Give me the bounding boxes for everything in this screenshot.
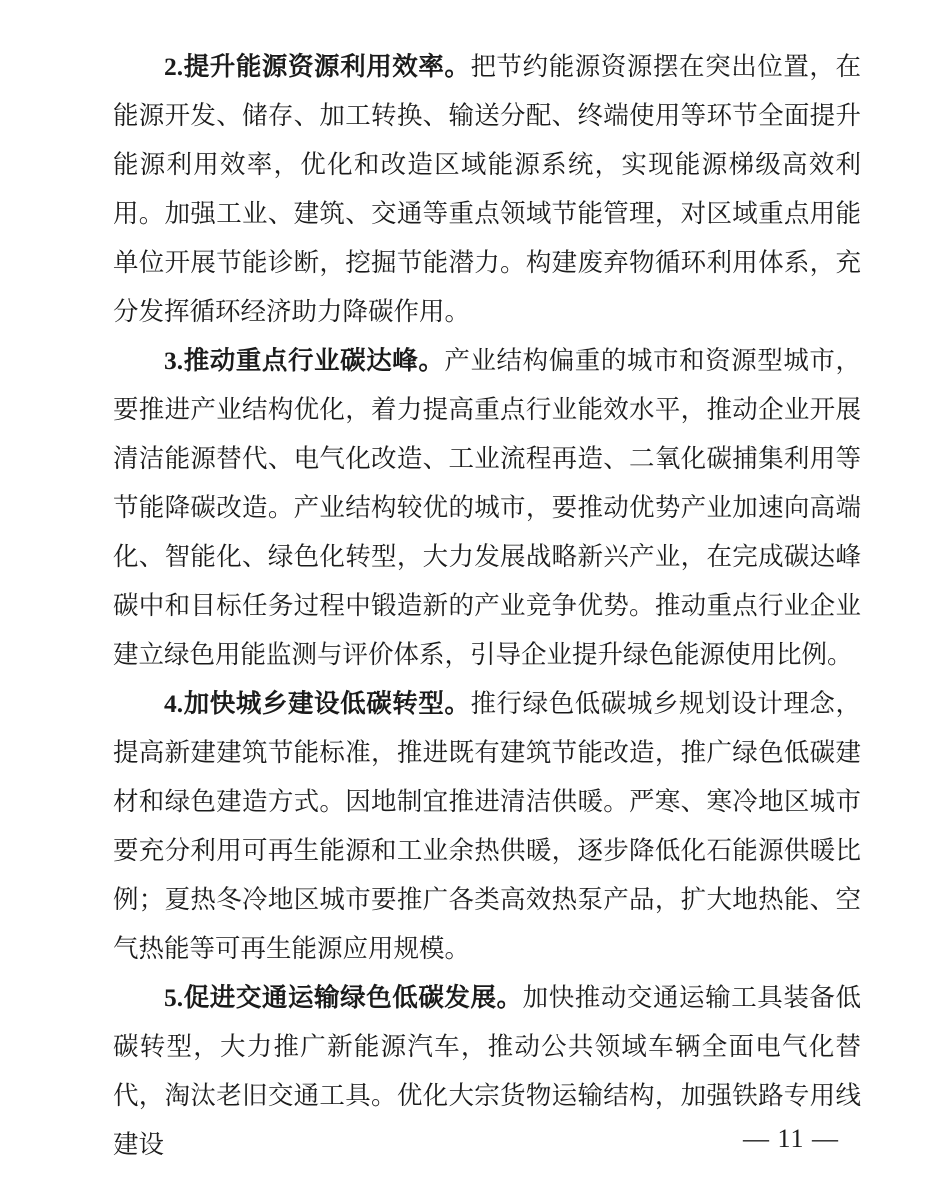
page-footer: — 11 — bbox=[113, 1122, 861, 1156]
paragraph-heading: 3.推动重点行业碳达峰。 bbox=[164, 346, 444, 375]
paragraph-heading: 5.促进交通运输绿色低碳发展。 bbox=[164, 983, 523, 1012]
paragraph: 4.加快城乡建设低碳转型。推行绿色低碳城乡规划设计理念，提高新建建筑节能标准，推… bbox=[113, 679, 861, 973]
document-page: 2.提升能源资源利用效率。把节约能源资源摆在突出位置，在能源开发、储存、加工转换… bbox=[0, 0, 949, 1184]
paragraph-heading: 4.加快城乡建设低碳转型。 bbox=[164, 689, 470, 718]
page-number: — 11 — bbox=[743, 1124, 839, 1153]
paragraph: 2.提升能源资源利用效率。把节约能源资源摆在突出位置，在能源开发、储存、加工转换… bbox=[113, 42, 861, 336]
paragraph-text: 推行绿色低碳城乡规划设计理念，提高新建建筑节能标准，推进既有建筑节能改造，推广绿… bbox=[113, 689, 861, 963]
document-body: 2.提升能源资源利用效率。把节约能源资源摆在突出位置，在能源开发、储存、加工转换… bbox=[113, 42, 861, 1169]
paragraph-text: 把节约能源资源摆在突出位置，在能源开发、储存、加工转换、输送分配、终端使用等环节… bbox=[113, 52, 861, 326]
paragraph: 3.推动重点行业碳达峰。产业结构偏重的城市和资源型城市，要推进产业结构优化，着力… bbox=[113, 336, 861, 679]
paragraph-heading: 2.提升能源资源利用效率。 bbox=[164, 52, 470, 81]
paragraph-text: 产业结构偏重的城市和资源型城市，要推进产业结构优化，着力提高重点行业能效水平，推… bbox=[113, 346, 861, 669]
